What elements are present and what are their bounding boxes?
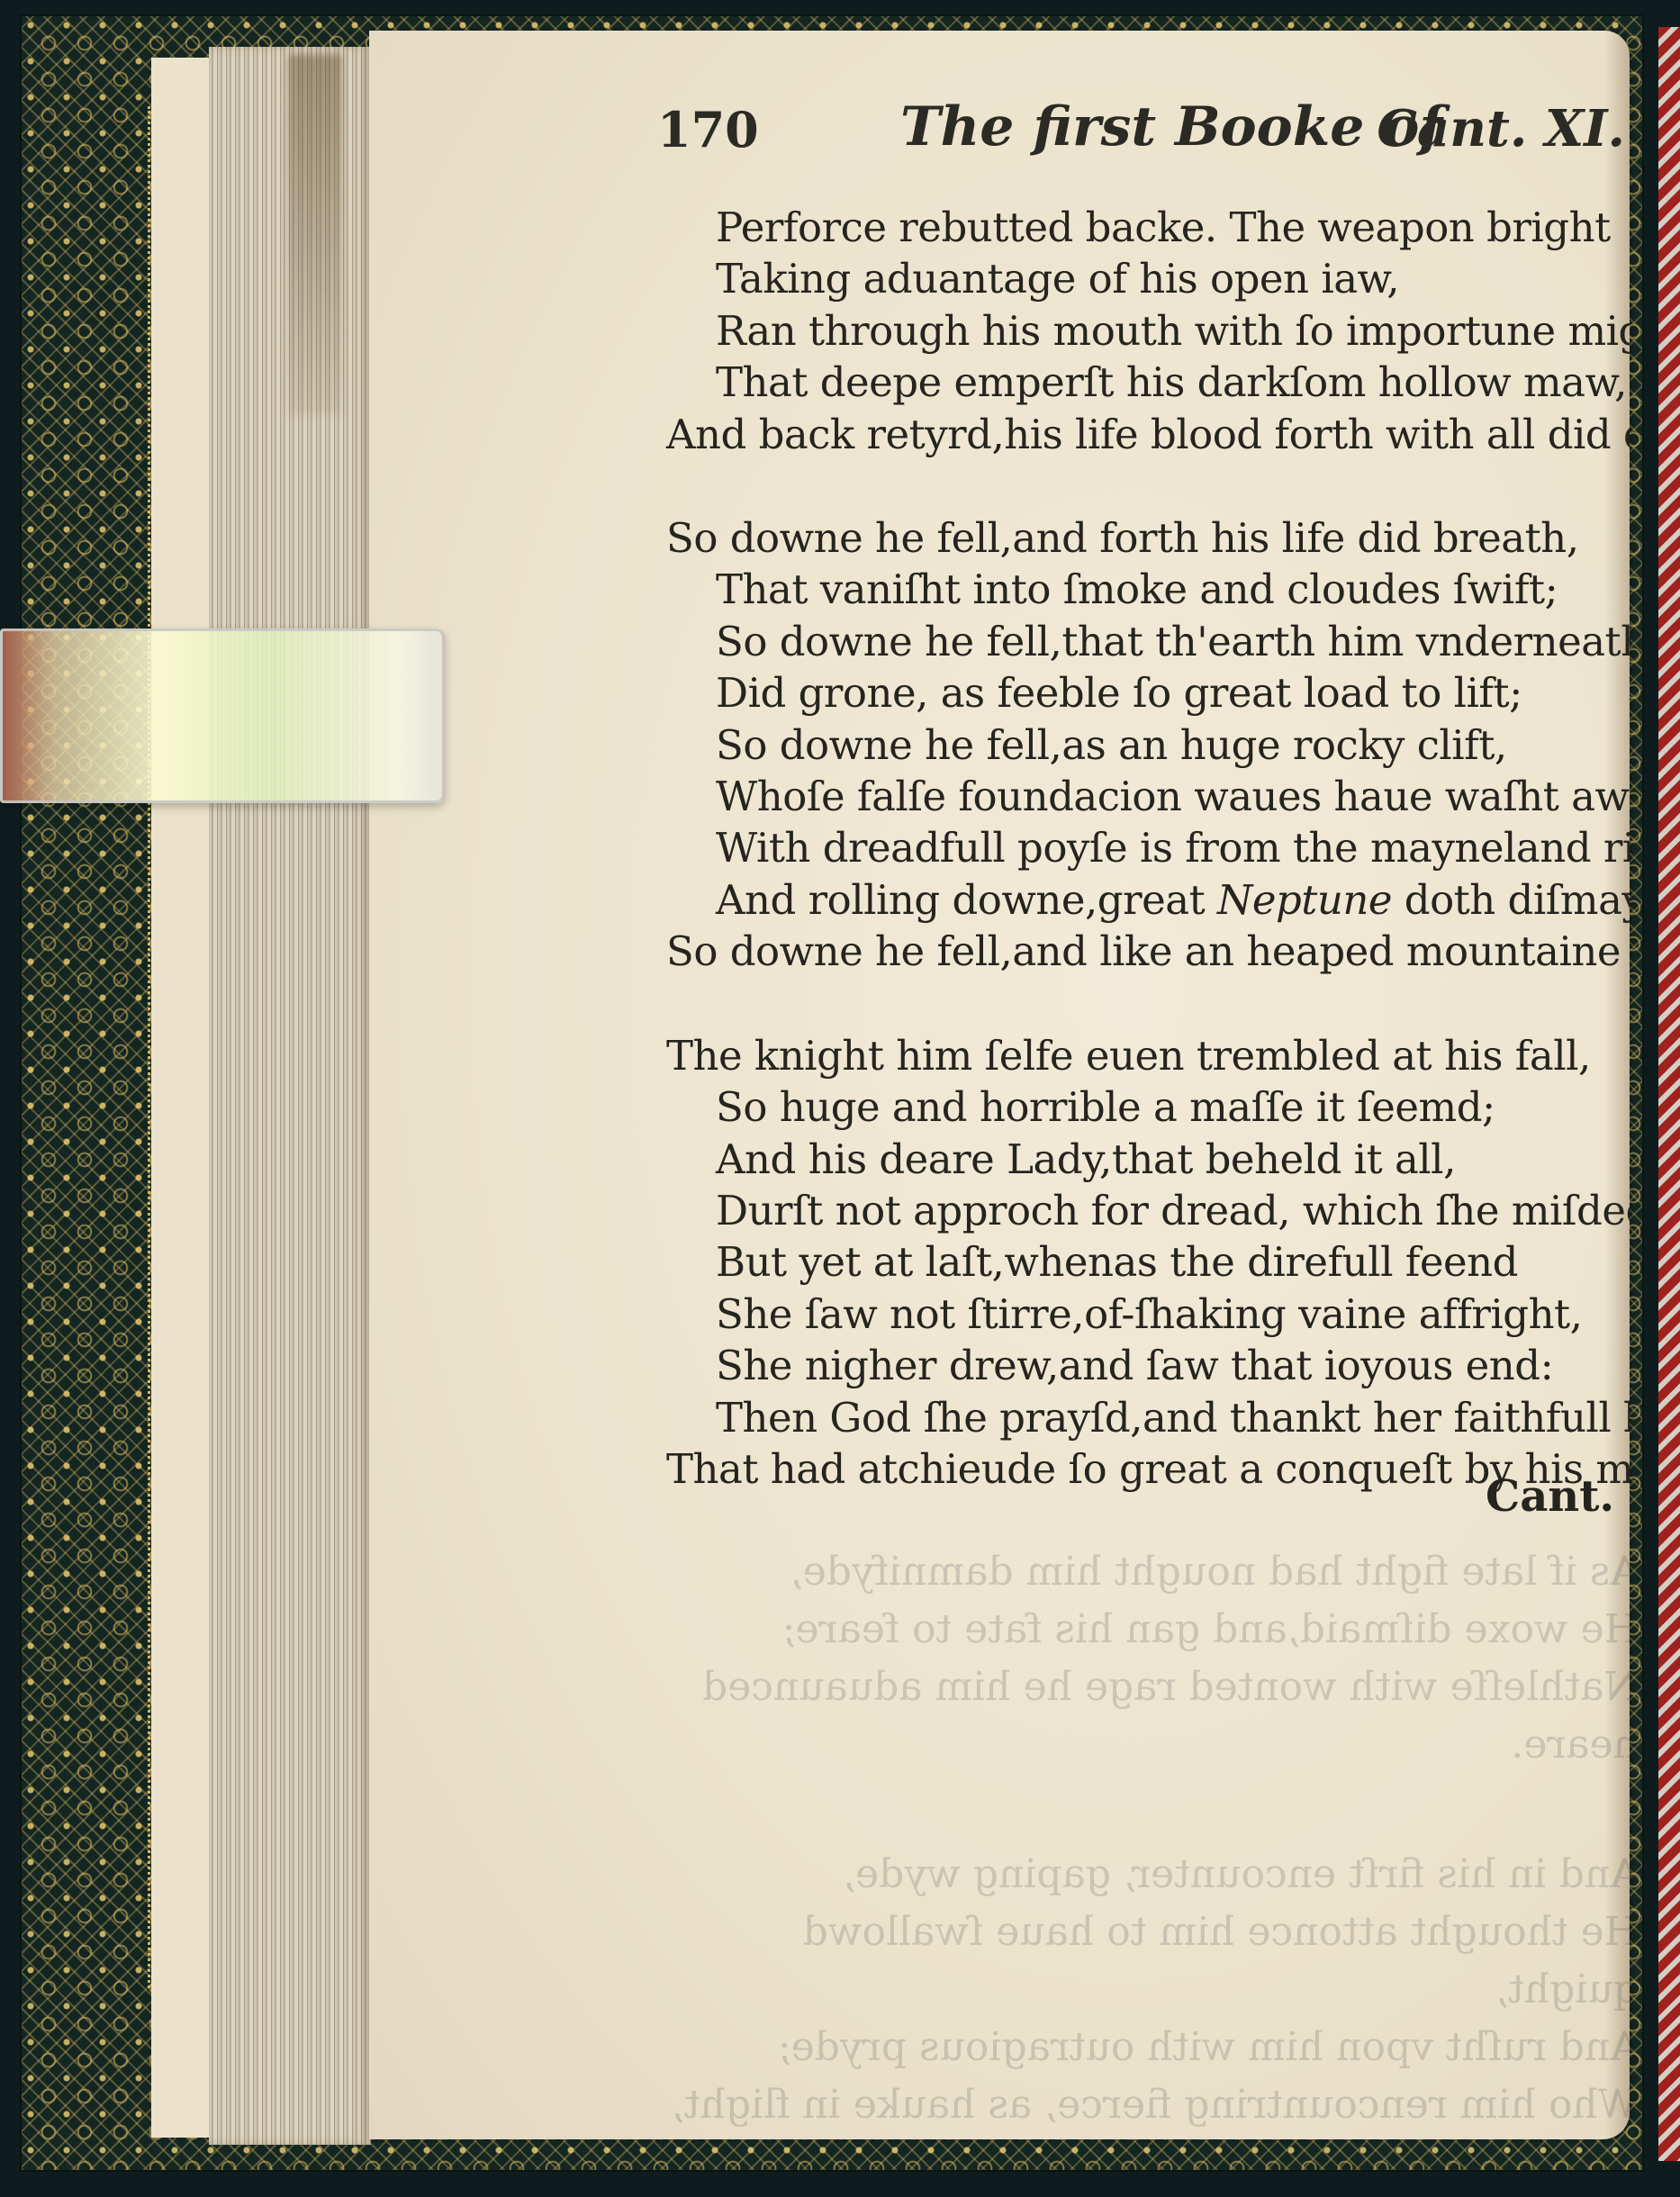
verse-line: That vaniſht into ſmoke and cloudes ſwif…	[666, 564, 1621, 615]
show-through-line: Nathleſſe with wonted rage he him aduaun…	[666, 1659, 1630, 1774]
verse-line: Ran through his mouth with ſo importune …	[666, 305, 1621, 357]
verse-line: Did grone, as feeble ſo great load to li…	[666, 667, 1621, 719]
show-through-text: As if late fight had nought him damnifyd…	[666, 1543, 1630, 2139]
verse-line: So downe he fell,and like an heaped moun…	[666, 926, 1621, 977]
verse-line: So downe he fell,and forth his life did …	[666, 512, 1621, 564]
stanza: Perforce rebutted backe. The weapon brig…	[666, 202, 1621, 460]
verse-line: But yet at laſt,whenas the direfull feen…	[666, 1236, 1621, 1288]
verse-line: Durſt not approch for dread, which ſhe m…	[666, 1185, 1621, 1236]
verse-line: She nigher drew,and ſaw that ioyous end:	[666, 1340, 1621, 1391]
page-number: 170	[657, 101, 759, 158]
verse-line: With dreadfull poyſe is from the maynela…	[666, 822, 1621, 873]
headband-ribbon	[1658, 27, 1680, 2161]
verse-line: And back retyrd,his life blood forth wit…	[666, 409, 1621, 460]
verse-line: And rolling downe,great Neptune doth diſ…	[666, 874, 1621, 926]
verse-line: Perforce rebutted backe. The weapon brig…	[666, 202, 1621, 253]
show-through-line: He woxe diſmaid,and gan his fate to fear…	[666, 1601, 1630, 1659]
verse-line: Then God ſhe prayſd,and thankt her faith…	[666, 1392, 1621, 1443]
book-page: 170 The first Booke of Cant. XI. As if l…	[369, 31, 1630, 2139]
show-through-line: He thought attonce him to haue ſwallowd …	[666, 1903, 1630, 2019]
show-through-line: Perforce	[666, 2134, 1630, 2139]
verse-line: And his deare Lady,that beheld it all,	[666, 1134, 1621, 1185]
catchword: Cant.	[1486, 1471, 1614, 1522]
show-through-line: Who him rencountring fierce, as hauke in…	[666, 2076, 1630, 2134]
show-through-line	[666, 1774, 1630, 1846]
verse-line: So downe he fell,as an huge rocky clift,	[666, 719, 1621, 771]
show-through-line: And ruſht vpon him with outragious pryde…	[666, 2019, 1630, 2076]
verse-body: Perforce rebutted backe. The weapon brig…	[666, 202, 1621, 1495]
verse-line: That had atchieude ſo great a conqueſt b…	[666, 1443, 1621, 1495]
stanza: The knight him ſelfe euen trembled at hi…	[666, 1030, 1621, 1496]
canto-label: Cant. XI.	[1377, 99, 1625, 158]
verse-line: So downe he fell,that th'earth him vnder…	[666, 616, 1621, 667]
verse-line: So huge and horrible a maſſe it ſeemd;	[666, 1081, 1621, 1133]
show-through-line: And in his firſt encounter, gaping wyde,	[666, 1846, 1630, 1903]
show-through-line: As if late fight had nought him damnifyd…	[666, 1543, 1630, 1601]
stanza: So downe he fell,and forth his life did …	[666, 512, 1621, 978]
verse-line: The knight him ſelfe euen trembled at hi…	[666, 1030, 1621, 1081]
page-header: 170 The first Booke of Cant. XI.	[657, 101, 1630, 173]
verse-line: Taking aduantage of his open iaw,	[666, 253, 1621, 304]
glass-page-weight	[0, 628, 445, 803]
verse-line: That deepe emperſt his darkſom hollow ma…	[666, 357, 1621, 408]
verse-line: She ſaw not ſtirre,of-ſhaking vaine affr…	[666, 1288, 1621, 1340]
running-title: The first Booke of	[900, 95, 1442, 158]
verse-line: Whoſe falſe foundacion waues haue waſht …	[666, 771, 1621, 822]
italic-name: Neptune	[1217, 876, 1392, 924]
water-stain	[288, 54, 342, 414]
